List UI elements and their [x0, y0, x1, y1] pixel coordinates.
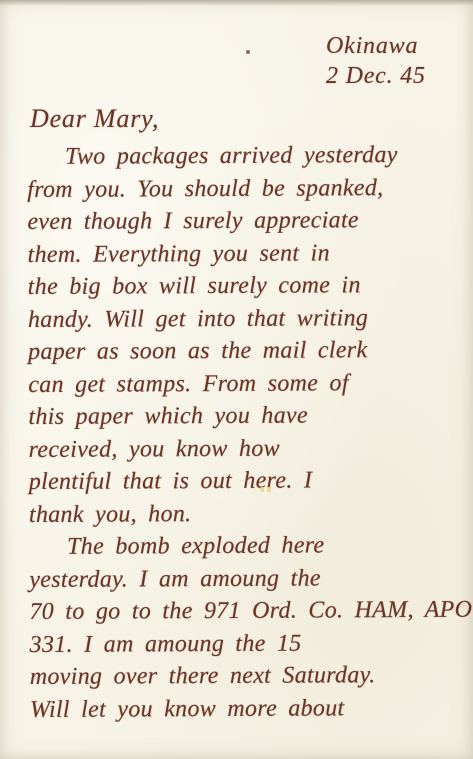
handwriting-line: handy. Will get into that writing — [28, 301, 470, 336]
handwriting-line: received, you know how — [29, 431, 471, 466]
letter-body: Two packages arrived yesterday from you.… — [27, 139, 472, 726]
handwriting-line: 70 to go to the 971 Ord. Co. HAM, APO — [29, 594, 471, 629]
handwriting-line: plentiful that is out here. I — [29, 464, 471, 499]
handwriting-line: thank you, hon. — [29, 496, 471, 531]
handwriting-line: moving over there next Saturday. — [30, 659, 472, 694]
handwriting-line: paper as soon as the mail clerk — [28, 334, 470, 369]
handwriting-line: can get stamps. From some of — [28, 366, 470, 401]
handwriting-line: The bomb exploded here — [29, 529, 471, 564]
handwriting-line: this paper which you have — [28, 399, 470, 434]
handwriting-line: them. Everything you sent in — [28, 236, 470, 271]
letter-salutation: Dear Mary, — [30, 104, 159, 134]
letter-page: Okinawa 2 Dec. 45 Dear Mary, Two package… — [0, 0, 473, 759]
letter-date: 2 Dec. 45 — [326, 61, 426, 91]
letter-heading: Okinawa 2 Dec. 45 — [326, 31, 426, 91]
handwriting-line: from you. You should be spanked, — [27, 171, 469, 206]
handwriting-line: Will let you know more about — [30, 691, 472, 726]
handwriting-line: Two packages arrived yesterday — [27, 139, 469, 174]
ink-dot — [246, 50, 250, 54]
paper-top-edge — [0, 0, 473, 6]
handwriting-line: the big box will surely come in — [28, 269, 470, 304]
paper-stain — [260, 487, 273, 492]
handwriting-line: even though I surely appreciate — [27, 204, 469, 239]
handwriting-line: 331. I am amoung the 15 — [30, 626, 472, 661]
letter-place: Okinawa — [326, 31, 426, 61]
handwriting-line: yesterday. I am amoung the — [29, 561, 471, 596]
